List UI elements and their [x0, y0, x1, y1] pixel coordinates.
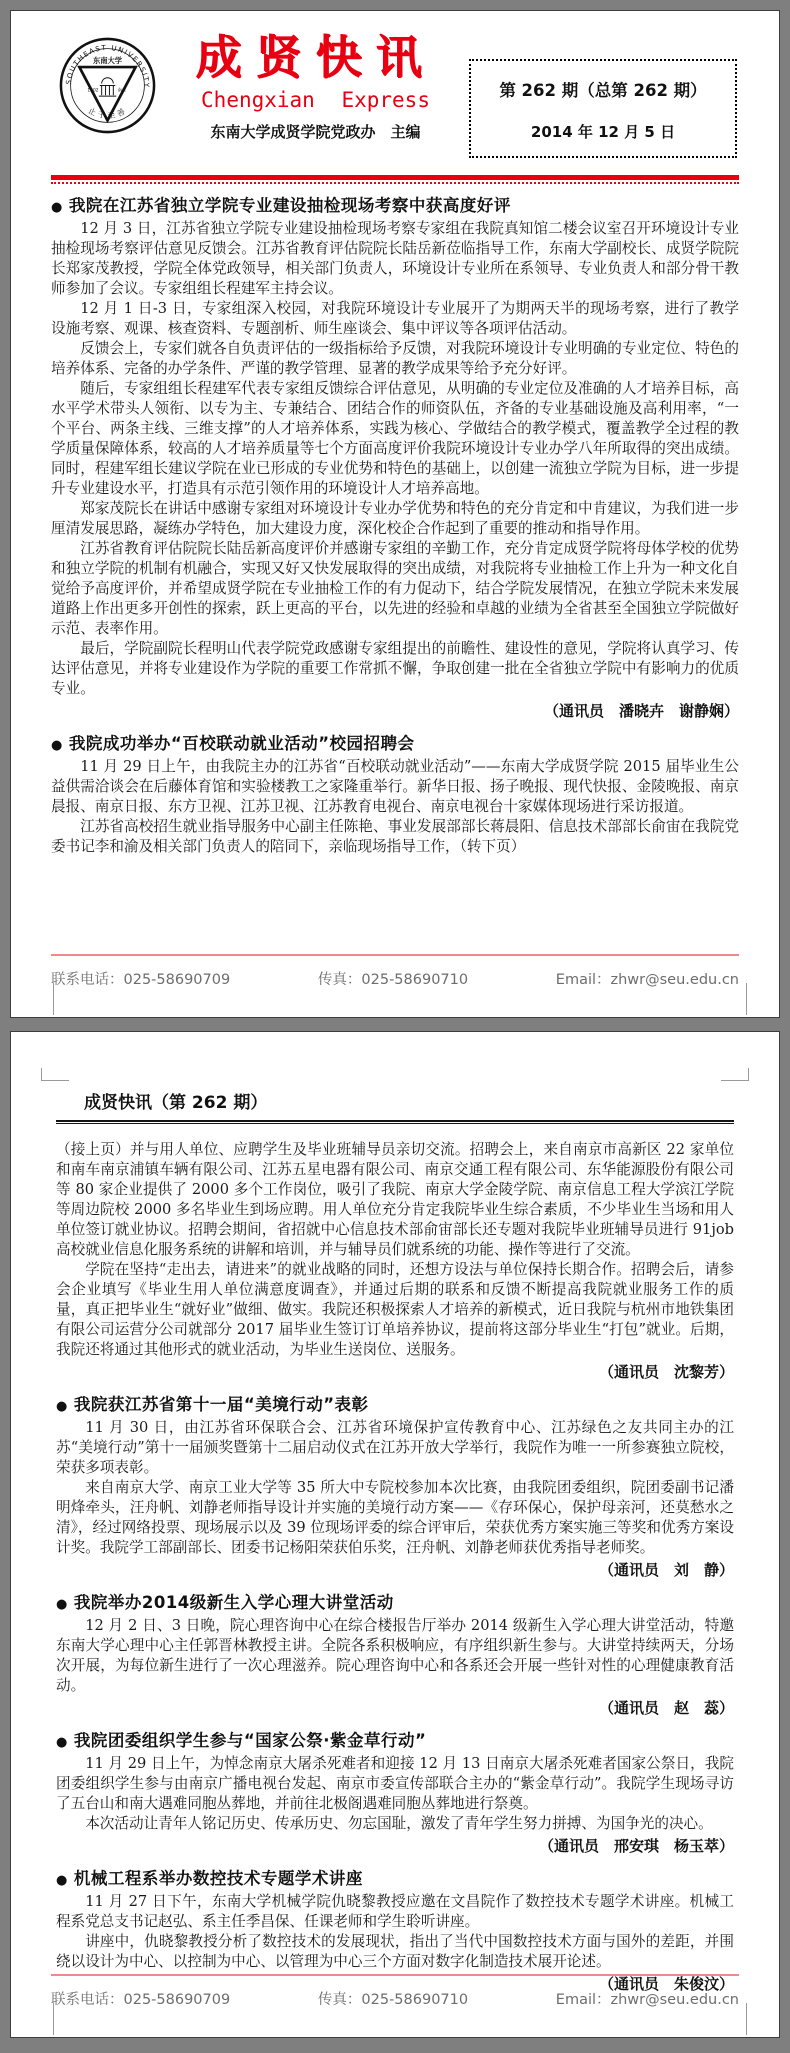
article1-paragraph: 反馈会上，专家们就各自负责评估的一级指标给予反馈，对我院环境设计专业明确的专业定…	[51, 339, 739, 379]
footer-phone: 联系电话：025-58690709	[51, 968, 230, 989]
article5-title: 我院团委组织学生参与“国家公祭·紫金草行动”	[74, 1731, 426, 1750]
page2-running-header: 成贤快讯（第 262 期）	[84, 1088, 734, 1113]
newsletter-page-2: 成贤快讯（第 262 期） （接上页）并与用人单位、应聘学生及毕业班辅导员亲切交…	[10, 1031, 780, 2038]
editor-line: 东南大学成贤学院党政办 主编	[162, 121, 469, 142]
article4-byline: （通讯员 赵 蕊）	[56, 1697, 734, 1719]
article1-byline: （通讯员 潘晓卉 谢静娴）	[51, 700, 739, 722]
issue-box: 第 262 期（总第 262 期） 2014 年 12 月 5 日	[469, 59, 737, 158]
article2-paragraph: 11 月 29 日上午，由我院主办的江苏省“百校联动就业活动”——东南大学成贤学…	[51, 757, 739, 817]
issue-number: 第 262 期（总第 262 期）	[477, 77, 729, 101]
article6-paragraph: 讲座中，仇晓黎教授分析了数控技术的发展现状，指出了当代中国数控技术方面与国外的差…	[56, 1932, 734, 1972]
article5-headline: ●我院团委组织学生参与“国家公祭·紫金草行动”	[56, 1727, 734, 1751]
continuation-byline: （通讯员 沈黎芳）	[56, 1361, 734, 1383]
seal-cn-name: 东南大学	[93, 56, 123, 65]
article1-paragraph: 江苏省教育评估院院长陆岳新高度评价并感谢专家组的辛勤工作，充分肯定成贤学院将母体…	[51, 539, 739, 639]
footer-phone: 联系电话：025-58690709	[51, 1988, 230, 2009]
article4-headline: ●我院举办2014级新生入学心理大讲堂活动	[56, 1589, 734, 1613]
article4-paragraph: 12 月 2 日、3 日晚，院心理咨询中心在综合楼报告厅举办 2014 级新生入…	[56, 1616, 734, 1696]
bullet-icon: ●	[56, 1399, 68, 1414]
bullet-icon: ●	[56, 1597, 68, 1612]
masthead-divider	[51, 175, 739, 184]
newsletter-title-en: Chengxian Express	[162, 87, 469, 113]
article2-paragraph: 江苏省高校招生就业指导服务中心副主任陈艳、事业发展部部长蒋晨阳、信息技术部部长俞…	[51, 817, 739, 857]
article1-paragraph: 随后，专家组组长程建军代表专家组反馈综合评估意见，从明确的专业定位及准确的人才培…	[51, 379, 739, 499]
seu-seal-logo: SOUTHEAST UNIVERSITY 东南大学 1902 南京 止于至善	[59, 37, 156, 134]
masthead: SOUTHEAST UNIVERSITY 东南大学 1902 南京 止于至善 成…	[51, 29, 739, 167]
margin-corner-mark	[721, 1068, 749, 1081]
article6-headline: ●机械工程系举办数控技术专题学术讲座	[56, 1865, 734, 1889]
margin-corner-mark	[41, 1068, 69, 1081]
article5-paragraph: 11 月 29 日上午，为悼念南京大屠杀死难者和迎接 12 月 13 日南京大屠…	[56, 1754, 734, 1814]
newsletter-title-cn: 成贤快讯	[162, 31, 469, 83]
article1-paragraph: 郑家茂院长在讲话中感谢专家组对环境设计专业办学优势和特色的充分肯定和中肯建议，为…	[51, 499, 739, 539]
page2-footer: 联系电话：025-58690709 传真：025-58690710 Email：…	[51, 1974, 739, 2009]
continuation-paragraph: （接上页）并与用人单位、应聘学生及毕业班辅导员亲切交流。招聘会上，来自南京市高新…	[56, 1140, 734, 1260]
seal-year: 1902	[87, 87, 98, 93]
continuation-paragraph: 学院在坚持“走出去，请进来”的就业战略的同时，还想方设法与单位保持长期合作。招聘…	[56, 1260, 734, 1360]
article1-paragraph: 12 月 3 日，江苏省独立学院专业建设抽检现场考察专家组在我院真知馆二楼会议室…	[51, 219, 739, 299]
masthead-titles: 成贤快讯 Chengxian Express 东南大学成贤学院党政办 主编	[162, 29, 469, 142]
page2-content: （接上页）并与用人单位、应聘学生及毕业班辅导员亲切交流。招聘会上，来自南京市高新…	[56, 1140, 734, 1995]
page1-content: ●我院在江苏省独立学院专业建设抽检现场考察中获高度好评 12 月 3 日，江苏省…	[51, 192, 739, 857]
footer-fax: 传真：025-58690710	[318, 1988, 468, 2009]
page1-footer: 联系电话：025-58690709 传真：025-58690710 Email：…	[51, 954, 739, 989]
footer-email: Email：zhwr@seu.edu.cn	[556, 1988, 739, 2009]
margin-mark	[746, 983, 747, 1015]
margin-mark	[746, 2003, 747, 2035]
seal-city: 南京	[118, 86, 127, 93]
margin-mark	[53, 983, 54, 1015]
article3-byline: （通讯员 刘 静）	[56, 1559, 734, 1581]
newsletter-page-1: SOUTHEAST UNIVERSITY 东南大学 1902 南京 止于至善 成…	[10, 10, 780, 1018]
article2-title: 我院成功举办“百校联动就业活动”校园招聘会	[69, 734, 415, 753]
bullet-icon: ●	[56, 1735, 68, 1750]
bullet-icon: ●	[51, 738, 63, 753]
bullet-icon: ●	[56, 1873, 68, 1888]
page2-header-rule	[56, 1120, 734, 1124]
article2-headline: ●我院成功举办“百校联动就业活动”校园招聘会	[51, 730, 739, 754]
margin-mark	[53, 2003, 54, 2035]
article6-title: 机械工程系举办数控技术专题学术讲座	[74, 1869, 363, 1888]
article1-headline: ●我院在江苏省独立学院专业建设抽检现场考察中获高度好评	[51, 192, 739, 216]
article3-paragraph: 来自南京大学、南京工业大学等 35 所大中专院校参加本次比赛，由我院团委组织，院…	[56, 1478, 734, 1558]
issue-date: 2014 年 12 月 5 日	[477, 121, 729, 142]
article5-byline: （通讯员 邢安琪 杨玉萃）	[56, 1835, 734, 1857]
article1-paragraph: 最后，学院副院长程明山代表学院党政感谢专家组提出的前瞻性、建设性的意见，学院将认…	[51, 639, 739, 699]
article4-title: 我院举办2014级新生入学心理大讲堂活动	[74, 1593, 394, 1612]
footer-email: Email：zhwr@seu.edu.cn	[556, 968, 739, 989]
article5-paragraph: 本次活动让青年人铭记历史、传承历史、勿忘国耻，激发了青年学生努力拼搏、为国争光的…	[56, 1814, 734, 1834]
article3-paragraph: 11 月 30 日，由江苏省环保联合会、江苏省环境保护宣传教育中心、江苏绿色之友…	[56, 1418, 734, 1478]
article6-paragraph: 11 月 27 日下午，东南大学机械学院仇晓黎教授应邀在文昌院作了数控技术专题学…	[56, 1892, 734, 1932]
bullet-icon: ●	[51, 200, 63, 215]
article3-title: 我院获江苏省第十一届“美境行动”表彰	[74, 1395, 369, 1414]
article1-paragraph: 12 月 1 日-3 日，专家组深入校园，对我院环境设计专业展开了为期两天半的现…	[51, 299, 739, 339]
footer-fax: 传真：025-58690710	[318, 968, 468, 989]
article3-headline: ●我院获江苏省第十一届“美境行动”表彰	[56, 1391, 734, 1415]
article1-title: 我院在江苏省独立学院专业建设抽检现场考察中获高度好评	[69, 196, 511, 215]
